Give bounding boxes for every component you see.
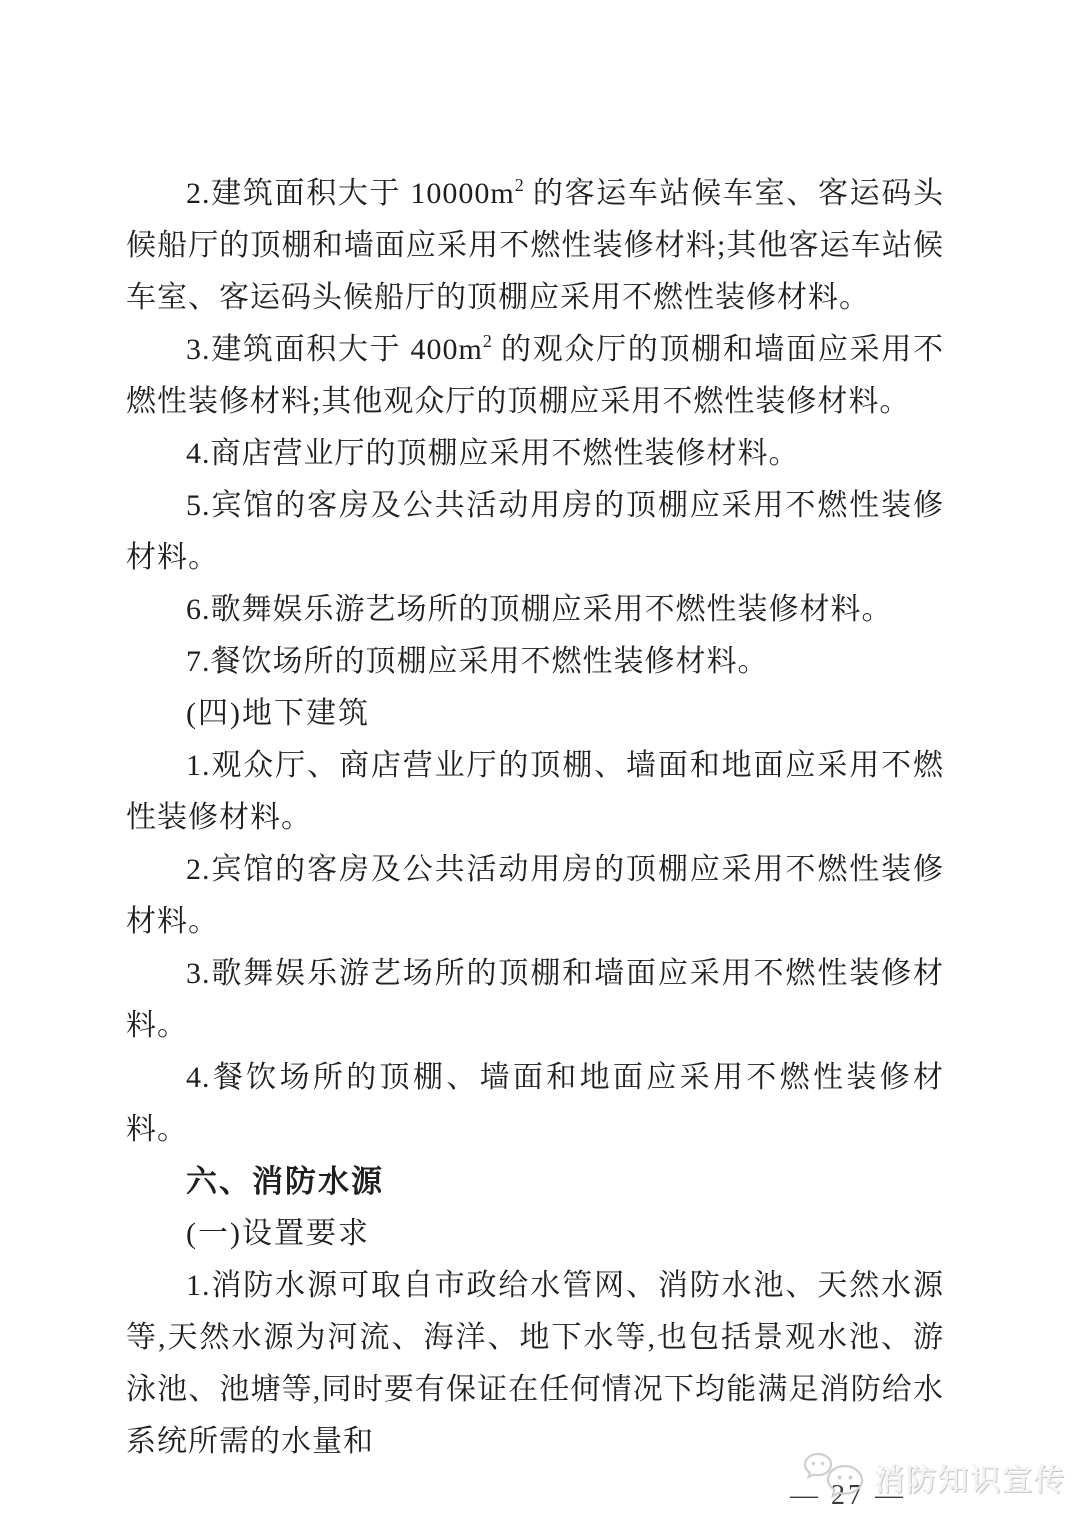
paragraph: 2.建筑面积大于 10000m2 的客运车站候车室、客运码头候船厅的顶棚和墙面应… — [126, 168, 944, 324]
document-body: 2.建筑面积大于 10000m2 的客运车站候车室、客运码头候船厅的顶棚和墙面应… — [0, 0, 1080, 1468]
section-heading: 六、消防水源 — [126, 1156, 944, 1208]
document-page: 2.建筑面积大于 10000m2 的客运车站候车室、客运码头候船厅的顶棚和墙面应… — [0, 0, 1080, 1527]
paragraph: 4.餐饮场所的顶棚、墙面和地面应采用不燃性装修材料。 — [126, 1052, 944, 1156]
paragraph: 4.商店营业厅的顶棚应采用不燃性装修材料。 — [126, 428, 944, 480]
watermark: 消防知识宣传 — [803, 1451, 1066, 1503]
paragraph: 3.歌舞娱乐游艺场所的顶棚和墙面应采用不燃性装修材料。 — [126, 948, 944, 1052]
wechat-logo-icon — [803, 1451, 865, 1503]
superscript: 2 — [515, 175, 524, 195]
paragraph: 3.建筑面积大于 400m2 的观众厅的顶棚和墙面应采用不燃性装修材料;其他观众… — [126, 324, 944, 428]
paragraph: 5.宾馆的客房及公共活动用房的顶棚应采用不燃性装修材料。 — [126, 480, 944, 584]
paragraph: 7.餐饮场所的顶棚应采用不燃性装修材料。 — [126, 636, 944, 688]
paragraph: 6.歌舞娱乐游艺场所的顶棚应采用不燃性装修材料。 — [126, 584, 944, 636]
paragraph: 1.消防水源可取自市政给水管网、消防水池、天然水源等,天然水源为河流、海洋、地下… — [126, 1260, 944, 1468]
subsection-heading: (一)设置要求 — [126, 1208, 944, 1260]
subsection-heading: (四)地下建筑 — [126, 688, 944, 740]
paragraph: 1.观众厅、商店营业厅的顶棚、墙面和地面应采用不燃性装修材料。 — [126, 740, 944, 844]
superscript: 2 — [483, 331, 492, 351]
watermark-label: 消防知识宣传 — [874, 1455, 1066, 1499]
paragraph: 2.宾馆的客房及公共活动用房的顶棚应采用不燃性装修材料。 — [126, 844, 944, 948]
